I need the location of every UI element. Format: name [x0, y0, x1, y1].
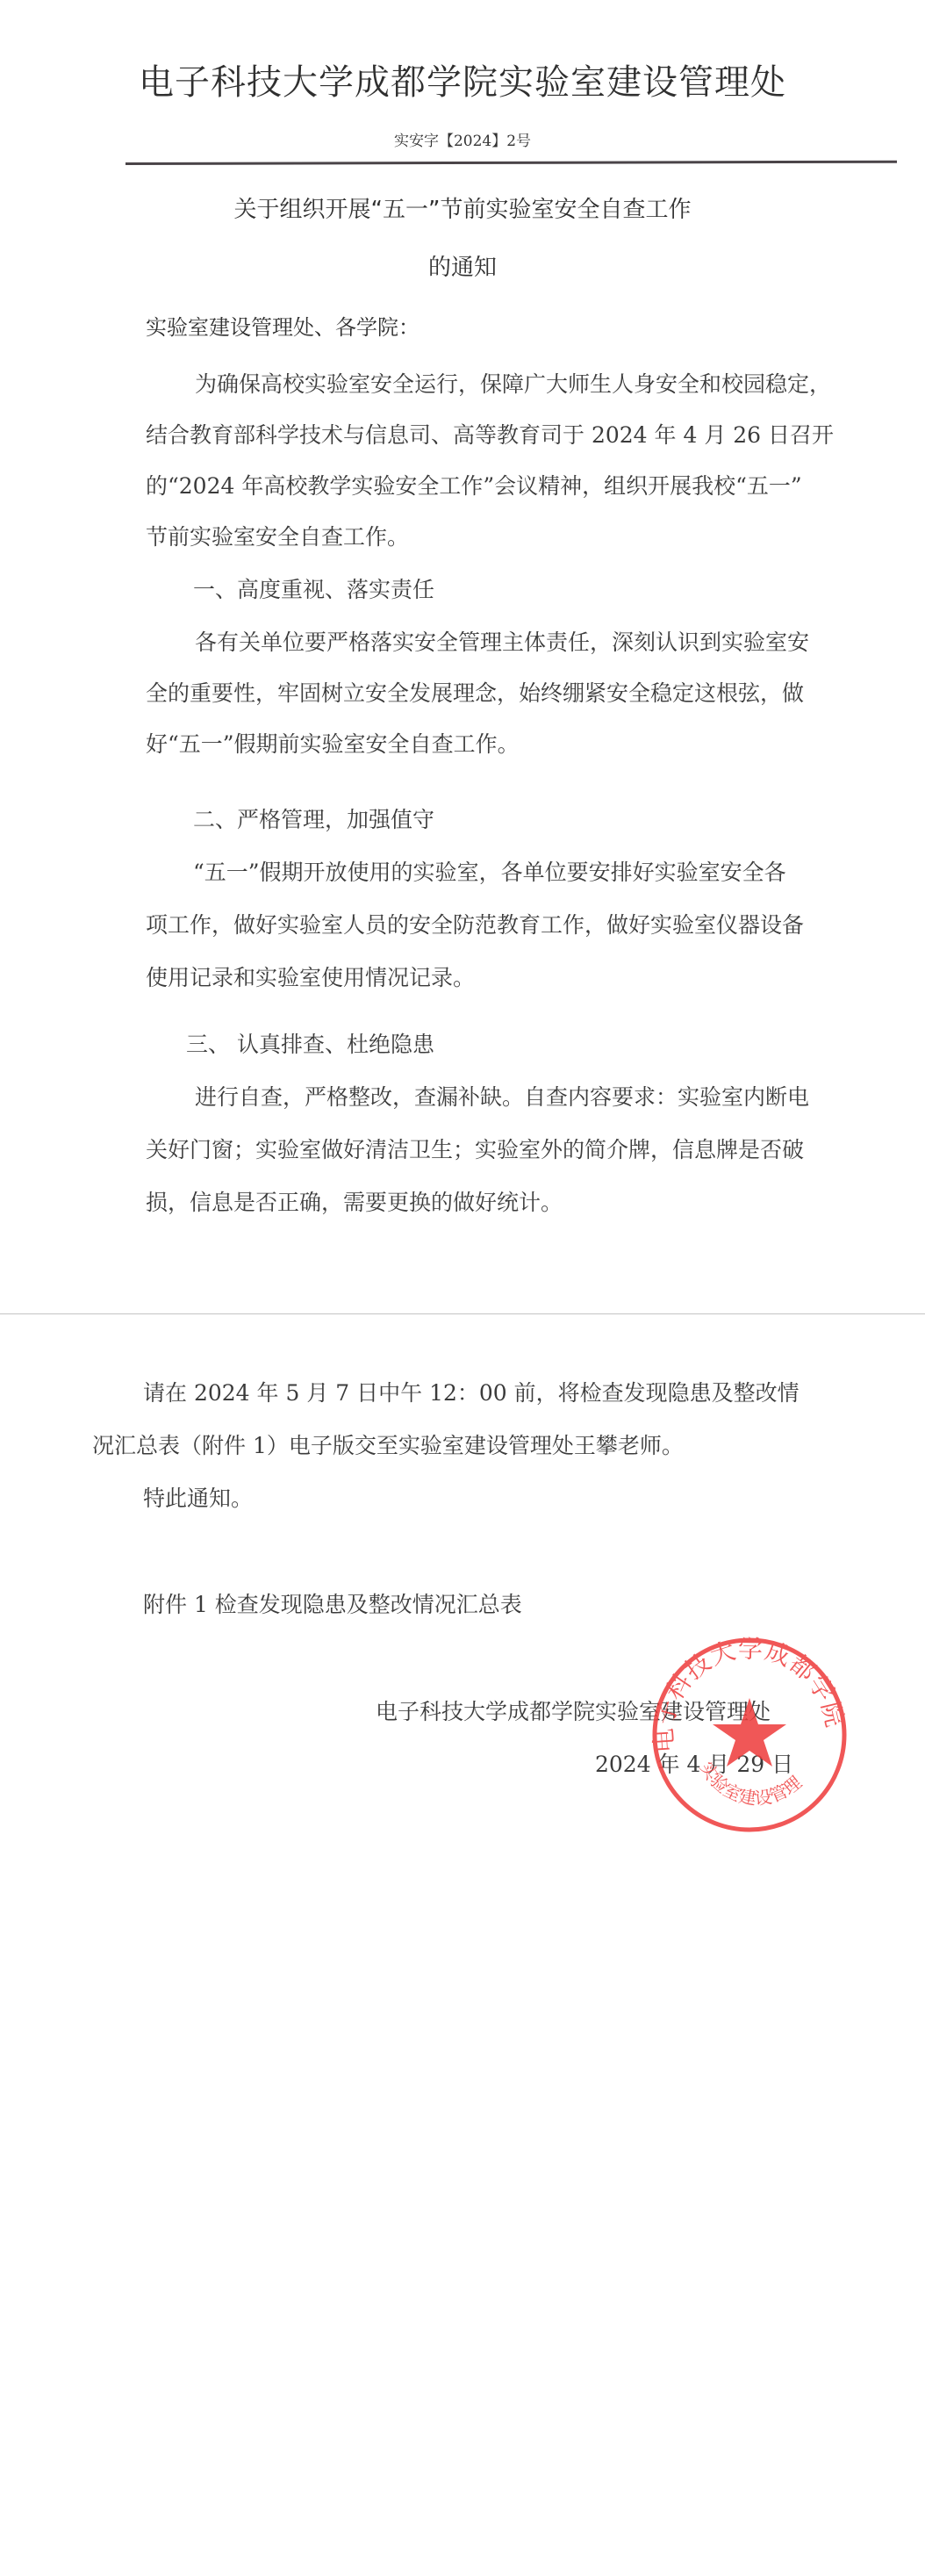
salutation: 实验室建设管理处、各学院： — [146, 310, 419, 341]
org-title: 电子科技大学成都学院实验室建设管理处 — [0, 54, 925, 104]
paragraph-line: 进行自查，严格整改，查漏补缺。自查内容要求：实验室内断电 — [195, 1080, 809, 1112]
section-heading: 三、 认真排查、杜绝隐患 — [186, 1027, 434, 1059]
paragraph-line: 全的重要性，牢固树立安全发展理念，始终绷紧安全稳定这根弦，做 — [146, 676, 804, 708]
paragraph-line: 结合教育部科学技术与信息司、高等教育司于 2024 年 4 月 26 日召开 — [146, 418, 834, 450]
document-number: 实安字【2024】2号 — [0, 128, 925, 150]
closing-text: 特此通知。 — [143, 1481, 253, 1513]
paragraph-line: 使用记录和实验室使用情况记录。 — [146, 961, 475, 992]
paragraph-line: “五一”假期开放使用的实验室，各单位要安排好实验室安全各 — [193, 855, 786, 887]
section-heading: 二、严格管理，加强值守 — [193, 802, 434, 834]
paragraph-line: 况汇总表（附件 1）电子版交至实验室建设管理处王攀老师。 — [92, 1428, 684, 1460]
paragraph-line: 各有关单位要严格落实安全管理主体责任，深刻认识到实验室安 — [195, 625, 809, 657]
header-divider — [125, 161, 897, 165]
paragraph-line: 关好门窗；实验室做好清洁卫生；实验室外的简介牌，信息牌是否破 — [146, 1133, 804, 1164]
seal-star-icon — [713, 1698, 786, 1767]
paragraph-line: 的“2024 年高校教学实验安全工作”会议精神，组织开展我校“五一” — [146, 469, 802, 500]
section-heading: 一、高度重视、落实责任 — [193, 572, 434, 604]
paragraph-line: 为确保高校实验室安全运行，保障广大师生人身安全和校园稳定， — [195, 367, 831, 399]
official-seal: 电子科技大学成都学院 实验室建设管理处 — [649, 1635, 850, 1835]
paragraph-line: 好“五一”假期前实验室安全自查工作。 — [146, 727, 520, 759]
notice-title-line-1: 关于组织开展“五一”节前实验室安全自查工作 — [0, 191, 925, 224]
attachment-note: 附件 1 检查发现隐患及整改情况汇总表 — [143, 1587, 522, 1619]
page-separator — [0, 1313, 925, 1314]
paragraph-line: 项工作，做好实验室人员的安全防范教育工作，做好实验室仪器设备 — [146, 908, 804, 939]
notice-title-line-2: 的通知 — [0, 249, 925, 282]
paragraph-line: 节前实验室安全自查工作。 — [146, 520, 409, 551]
paragraph-line: 损，信息是否正确，需要更换的做好统计。 — [146, 1185, 563, 1217]
paragraph-line: 请在 2024 年 5 月 7 日中午 12：00 前，将检查发现隐患及整改情 — [143, 1376, 800, 1407]
